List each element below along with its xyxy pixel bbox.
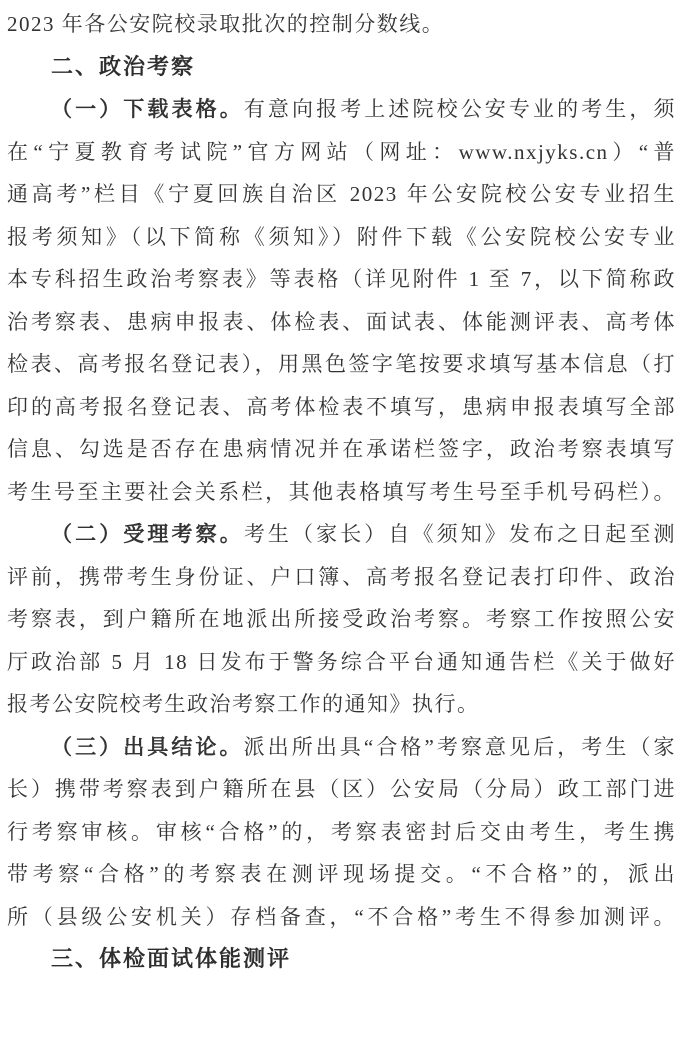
body-text: 报考公安院校考生政治考察工作的通知》执行。 [7,692,480,716]
body-text: 通高考”栏目《宁夏回族自治区 2023 年公安院校公安专业招生 [7,182,676,206]
body-text: 带考察“合格”的考察表在测评现场提交。“不合格”的，派出 [7,862,676,886]
emphasis-text: （二）受理考察。 [51,522,244,546]
document-line: 报考公安院校考生政治考察工作的通知》执行。 [7,683,676,726]
section-heading: 三、体检面试体能测评 [7,938,676,981]
emphasis-text: 三、体检面试体能测评 [51,946,291,971]
body-text: 有意向报考上述院校公安专业的考生，须 [244,97,676,121]
document-line: 治考察表、患病申报表、体检表、面试表、体能测评表、高考体 [7,301,676,344]
body-text: 派出所出具“合格”考察意见后，考生（家 [244,735,676,759]
document-line: 本专科招生政治考察表》等表格（详见附件 1 至 7，以下简称政 [7,258,676,301]
body-text: 2023 年各公安院校录取批次的控制分数线。 [7,12,444,36]
body-text: 在“宁夏教育考试院”官方网站（网址：www.nxjyks.cn）“普 [7,140,676,164]
document-line: 通高考”栏目《宁夏回族自治区 2023 年公安院校公安专业招生 [7,173,676,216]
document-line: 所（县级公安机关）存档备查，“不合格”考生不得参加测评。 [7,896,676,939]
document-line: 厅政治部 5 月 18 日发布于警务综合平台通知通告栏《关于做好 [7,641,676,684]
body-text: 考生号至主要社会关系栏，其他表格填写考生号至手机号码栏）。 [7,480,676,504]
body-text: 长）携带考察表到户籍所在县（区）公安局（分局）政工部门进 [7,777,676,801]
document-line: （一）下载表格。有意向报考上述院校公安专业的考生，须 [7,88,676,131]
body-text: 评前，携带考生身份证、户口簿、高考报名登记表打印件、政治 [7,565,676,589]
document-line: 印的高考报名登记表、高考体检表不填写，患病申报表填写全部 [7,386,676,429]
body-text: 检表、高考报名登记表），用黑色签字笔按要求填写基本信息（打 [7,352,676,376]
document-line: 信息、勾选是否存在患病情况并在承诺栏签字，政治考察表填写 [7,428,676,471]
document-line: 检表、高考报名登记表），用黑色签字笔按要求填写基本信息（打 [7,343,676,386]
document-line: 在“宁夏教育考试院”官方网站（网址：www.nxjyks.cn）“普 [7,131,676,174]
document-line: 报考须知》（以下简称《须知》）附件下载《公安院校公安专业 [7,216,676,259]
body-text: 报考须知》（以下简称《须知》）附件下载《公安院校公安专业 [7,225,676,249]
body-text: 信息、勾选是否存在患病情况并在承诺栏签字，政治考察表填写 [7,437,676,461]
emphasis-text: 二、政治考察 [51,54,195,79]
document-line: 2023 年各公安院校录取批次的控制分数线。 [7,3,676,46]
document-line: 评前，携带考生身份证、户口簿、高考报名登记表打印件、政治 [7,556,676,599]
document-line: 带考察“合格”的考察表在测评现场提交。“不合格”的，派出 [7,853,676,896]
document-body: 2023 年各公安院校录取批次的控制分数线。二、政治考察（一）下载表格。有意向报… [7,3,676,981]
emphasis-text: （一）下载表格。 [51,97,244,121]
document-line: （二）受理考察。考生（家长）自《须知》发布之日起至测 [7,513,676,556]
document-line: （三）出具结论。派出所出具“合格”考察意见后，考生（家 [7,726,676,769]
body-text: 印的高考报名登记表、高考体检表不填写，患病申报表填写全部 [7,395,676,419]
document-line: 长）携带考察表到户籍所在县（区）公安局（分局）政工部门进 [7,768,676,811]
body-text: 所（县级公安机关）存档备查，“不合格”考生不得参加测评。 [7,905,676,929]
body-text: 治考察表、患病申报表、体检表、面试表、体能测评表、高考体 [7,310,676,334]
document-line: 考生号至主要社会关系栏，其他表格填写考生号至手机号码栏）。 [7,471,676,514]
body-text: 厅政治部 5 月 18 日发布于警务综合平台通知通告栏《关于做好 [7,650,676,674]
document-line: 行考察审核。审核“合格”的，考察表密封后交由考生，考生携 [7,811,676,854]
document-page: 2023 年各公安院校录取批次的控制分数线。二、政治考察（一）下载表格。有意向报… [0,0,684,1047]
body-text: 本专科招生政治考察表》等表格（详见附件 1 至 7，以下简称政 [7,267,676,291]
body-text: 行考察审核。审核“合格”的，考察表密封后交由考生，考生携 [7,820,676,844]
document-line: 考察表，到户籍所在地派出所接受政治考察。考察工作按照公安 [7,598,676,641]
emphasis-text: （三）出具结论。 [51,735,244,759]
section-heading: 二、政治考察 [7,46,676,89]
body-text: 考生（家长）自《须知》发布之日起至测 [244,522,676,546]
body-text: 考察表，到户籍所在地派出所接受政治考察。考察工作按照公安 [7,607,676,631]
